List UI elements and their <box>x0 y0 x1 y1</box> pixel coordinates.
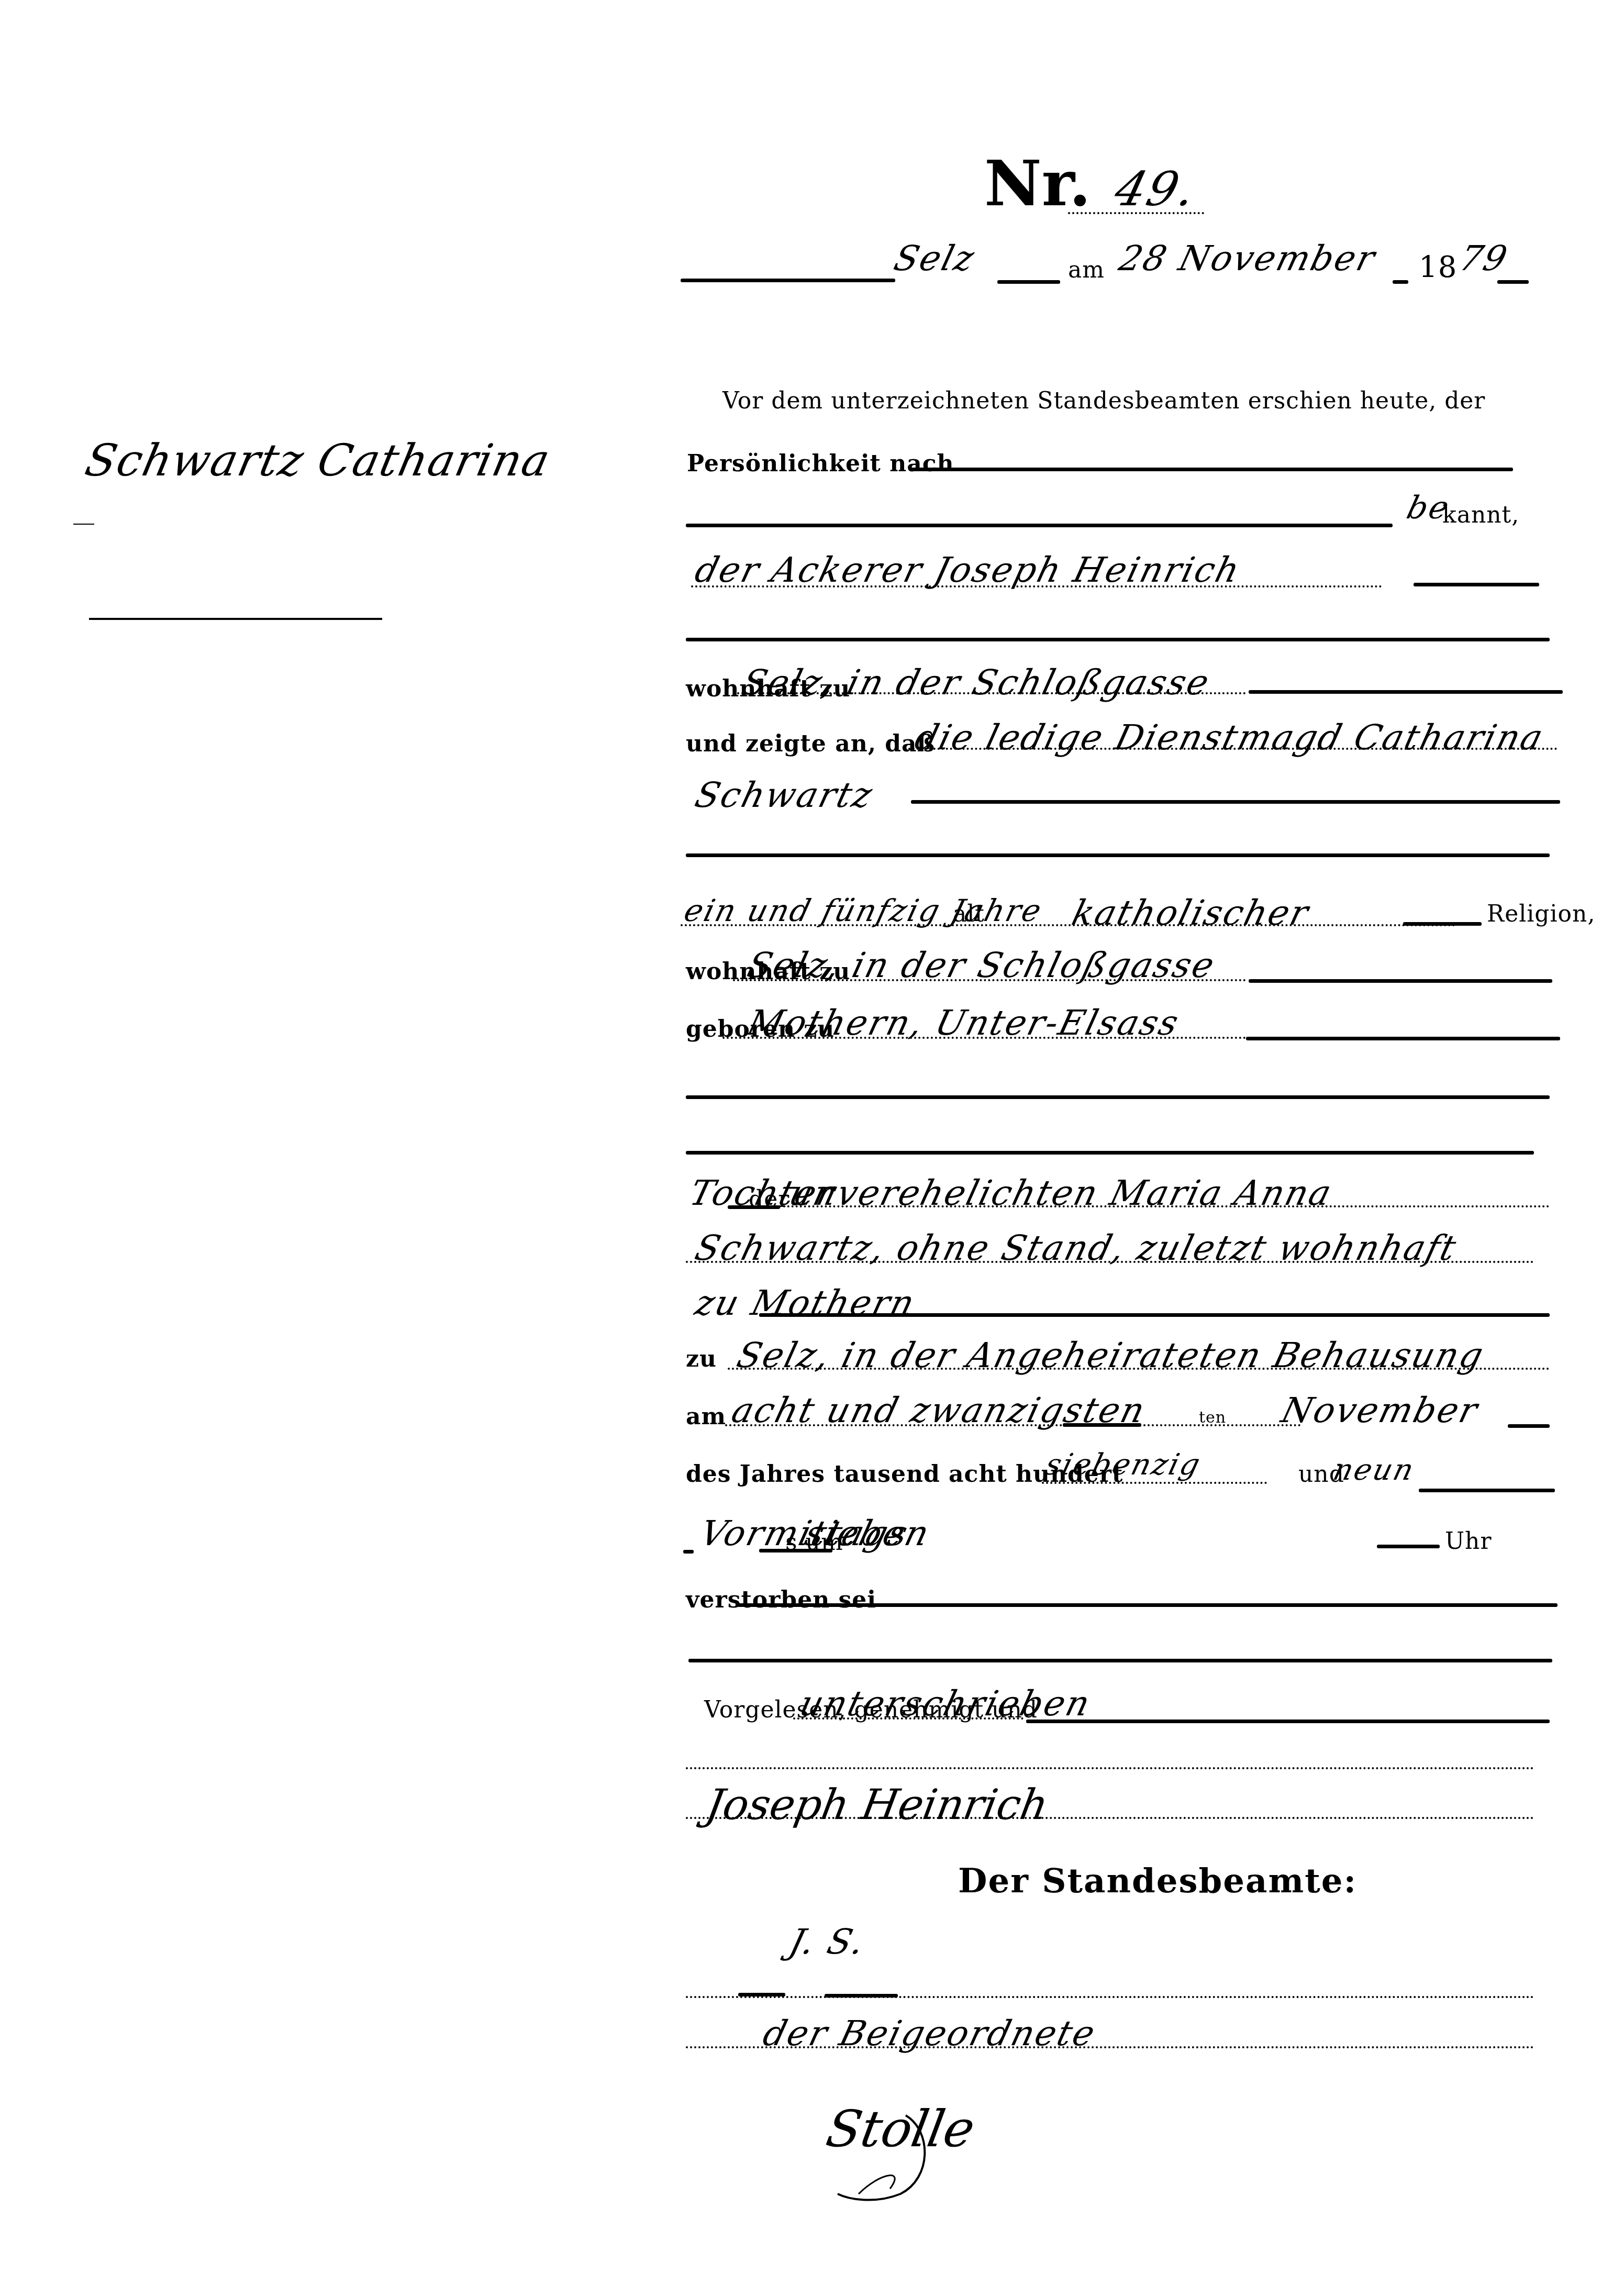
verstorben-label: verstorben sei <box>686 1587 876 1613</box>
official-initials: J. S. <box>785 1922 870 1962</box>
margin-name: Schwartz Catharina <box>81 435 555 486</box>
age-dotted-line <box>681 924 1455 926</box>
hour-trailing-line <box>1377 1545 1440 1548</box>
deceased-line-1: die ledige Dienstmagd Catharina <box>911 717 1549 758</box>
religion-label: Religion, <box>1487 901 1595 927</box>
informant-trailing-line <box>1414 583 1539 586</box>
informant-residence: Selz, in der Schloßgasse <box>738 662 1215 703</box>
signature-dotted-line-1 <box>686 1767 1534 1769</box>
geboren-dotted-line <box>722 1037 1246 1039</box>
death-place-dotted-line <box>728 1368 1550 1370</box>
header-year-suffix: 79 <box>1455 238 1512 279</box>
deceased-line-2: Schwartz <box>691 775 878 815</box>
title-dotted-line <box>686 2046 1534 2048</box>
vorgelesen-dotted-line <box>793 1717 1024 1720</box>
header-place: Selz <box>890 238 980 279</box>
initials-dotted-line <box>686 1996 1534 1998</box>
header-date: 28 November <box>1115 238 1380 279</box>
place-trailing-line <box>997 280 1060 284</box>
initials-line-right <box>825 1994 898 1998</box>
informant-name: der Ackerer Joseph Heinrich <box>691 550 1245 590</box>
header-am-label: am <box>1068 257 1105 283</box>
vorgelesen-trailing-line <box>1026 1720 1550 1723</box>
death-day-trailing-line <box>1063 1423 1141 1427</box>
deceased-trailing-line <box>911 800 1560 804</box>
margin-underline <box>89 618 382 620</box>
ten-label: ten <box>1199 1408 1226 1427</box>
bekannt-label: kannt, <box>1442 502 1519 528</box>
geboren-trailing-line <box>1246 1037 1560 1040</box>
decade-value: siebenzig <box>1042 1448 1205 1482</box>
wohnhaft-2-trailing-line <box>1249 979 1552 983</box>
persoenlichkeit-label: Persönlichkeit nach <box>687 450 954 477</box>
number-dotted-line <box>1068 212 1204 214</box>
time-leading-line <box>683 1550 694 1554</box>
blank-line-2 <box>686 853 1550 857</box>
blank-line-3 <box>686 1095 1550 1099</box>
parents-1-dotted-line <box>754 1205 1550 1207</box>
intro-text: Vor dem unterzeichneten Standesbeamten e… <box>722 387 1485 414</box>
signature-dotted-line-2 <box>686 1817 1534 1819</box>
number-value: 49. <box>1109 162 1203 217</box>
zeigte-dotted-line <box>908 748 1558 750</box>
death-month: November <box>1277 1390 1483 1430</box>
blank-line-5 <box>688 1659 1552 1662</box>
number-label: Nr. <box>984 147 1091 220</box>
date-trailing-line <box>1393 280 1408 284</box>
margin-baseline-stub <box>73 524 94 525</box>
record-number: Nr. 49. <box>984 147 1189 220</box>
der-label: der <box>749 1186 789 1213</box>
blank-line-4 <box>686 1151 1534 1155</box>
bekannt-line <box>686 524 1393 527</box>
parents-3-trailing-line <box>759 1313 1550 1317</box>
religion-value: katholischer <box>1068 893 1314 933</box>
official-heading: Der Standesbeamte: <box>958 1861 1357 1901</box>
wohnhaft-dotted-line <box>733 692 1246 694</box>
uhr-label: Uhr <box>1445 1528 1492 1555</box>
persoenlichkeit-line <box>911 468 1513 471</box>
zeigte-label: und zeigte an, daß <box>686 730 935 757</box>
signature-flourish-icon <box>827 2105 932 2210</box>
blank-line-1 <box>686 638 1550 641</box>
place-leading-line <box>681 279 895 282</box>
religion-line <box>1403 922 1482 926</box>
decade-dotted-line <box>1042 1482 1267 1484</box>
header-year-prefix: 18 <box>1419 250 1457 284</box>
am-label: am <box>686 1403 726 1430</box>
death-month-trailing-line <box>1508 1424 1550 1428</box>
initials-line-left <box>738 1993 785 1996</box>
parents-line-3: zu Mothern <box>691 1283 920 1323</box>
verstorben-line <box>736 1603 1558 1607</box>
wohnhaft-trailing-line <box>1249 690 1563 694</box>
informant-dotted-line <box>691 585 1382 587</box>
parents-2-dotted-line <box>686 1261 1534 1263</box>
informant-signature: Joseph Heinrich <box>703 1780 1052 1829</box>
year-unit-trailing-line <box>1419 1489 1555 1492</box>
hour-value: sieben <box>801 1513 935 1554</box>
alt-label: alt <box>953 901 985 927</box>
age-value: ein und fünfzig Jahre <box>681 893 1046 928</box>
wohnhaft-2-dotted-line <box>733 979 1246 981</box>
zu-label: zu <box>686 1346 717 1372</box>
year-unit-value: neun <box>1330 1453 1419 1487</box>
year-trailing-line <box>1497 280 1529 284</box>
